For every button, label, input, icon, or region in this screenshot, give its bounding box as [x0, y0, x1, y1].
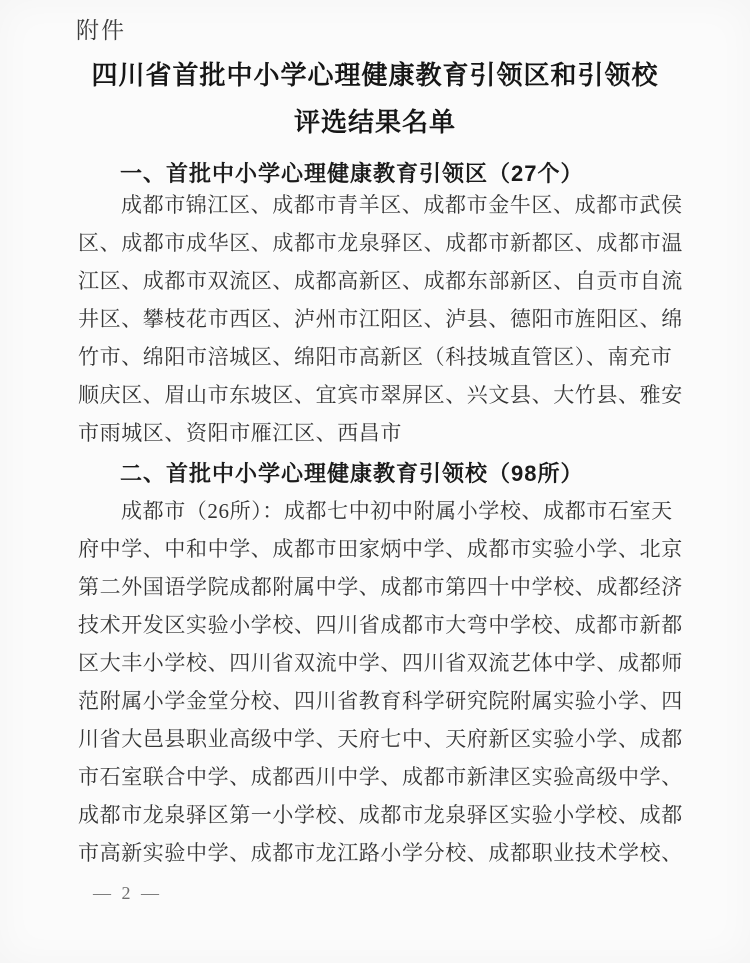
paragraph-line: 第二外国语学院成都附属中学、成都市第四十中学校、成都经济 [78, 568, 678, 606]
paragraph-line: 成都市（26所）：成都七中初中附属小学校、成都市石室天 [78, 492, 678, 530]
section-1-heading: 一、首批中小学心理健康教育引领区（27个） [120, 157, 583, 188]
scanned-document-page: 附件 四川省首批中小学心理健康教育引领区和引领校 评选结果名单 一、首批中小学心… [0, 0, 750, 963]
section-1-paragraph: 成都市锦江区、成都市青羊区、成都市金牛区、成都市武侯区、成都市成华区、成都市龙泉… [78, 186, 678, 452]
paragraph-line: 市石室联合中学、成都西川中学、成都市新津区实验高级中学、 [78, 758, 678, 796]
paragraph-line: 区、成都市成华区、成都市龙泉驿区、成都市新都区、成都市温 [78, 224, 678, 262]
paragraph-line: 竹市、绵阳市涪城区、绵阳市高新区（科技城直管区）、南充市 [78, 338, 678, 376]
paragraph-line: 市雨城区、资阳市雁江区、西昌市 [78, 414, 678, 452]
page-number: — 2 — [93, 883, 162, 904]
paragraph-line: 井区、攀枝花市西区、泸州市江阳区、泸县、德阳市旌阳区、绵 [78, 300, 678, 338]
section-2-paragraph: 成都市（26所）：成都七中初中附属小学校、成都市石室天府中学、中和中学、成都市田… [78, 492, 678, 872]
paragraph-line: 范附属小学金堂分校、四川省教育科学研究院附属实验小学、四 [78, 682, 678, 720]
paragraph-line: 市高新实验中学、成都市龙江路小学分校、成都职业技术学校、 [78, 834, 678, 872]
paragraph-line: 府中学、中和中学、成都市田家炳中学、成都市实验小学、北京 [78, 530, 678, 568]
paragraph-line: 区大丰小学校、四川省双流中学、四川省双流艺体中学、成都师 [78, 644, 678, 682]
paragraph-line: 成都市龙泉驿区第一小学校、成都市龙泉驿区实验小学校、成都 [78, 796, 678, 834]
document-title-line-1: 四川省首批中小学心理健康教育引领区和引领校 [0, 52, 750, 99]
section-2-heading: 二、首批中小学心理健康教育引领校（98所） [120, 457, 583, 488]
attachment-label: 附件 [76, 12, 126, 45]
paragraph-line: 顺庆区、眉山市东坡区、宜宾市翠屏区、兴文县、大竹县、雅安 [78, 376, 678, 414]
paragraph-line: 江区、成都市双流区、成都高新区、成都东部新区、自贡市自流 [78, 262, 678, 300]
document-title-line-2: 评选结果名单 [0, 99, 750, 146]
paragraph-line: 技术开发区实验小学校、四川省成都市大弯中学校、成都市新都 [78, 606, 678, 644]
paragraph-line: 成都市锦江区、成都市青羊区、成都市金牛区、成都市武侯 [78, 186, 678, 224]
document-title: 四川省首批中小学心理健康教育引领区和引领校 评选结果名单 [0, 52, 750, 146]
paragraph-line: 川省大邑县职业高级中学、天府七中、天府新区实验小学、成都 [78, 720, 678, 758]
